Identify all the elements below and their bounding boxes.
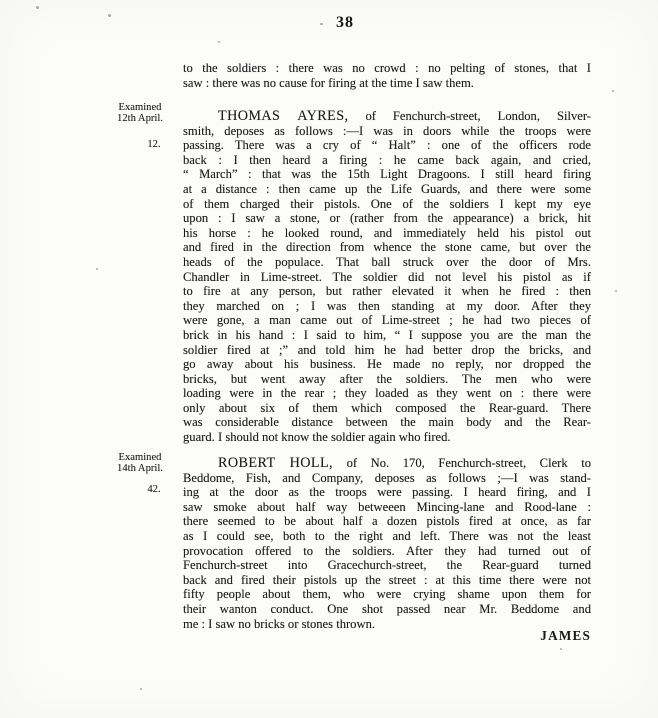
text-line: back and fired their pistols up the stre… bbox=[183, 573, 591, 588]
margin-examined-label: Examined bbox=[108, 452, 172, 463]
margin-number-1: 12. bbox=[133, 139, 175, 150]
text-line: only about six of them which composed th… bbox=[183, 401, 591, 416]
text-line: “ March” : that was the 15th Light Drago… bbox=[183, 167, 591, 182]
text-line: were gone, a man came out of Lime-street… bbox=[183, 313, 591, 328]
text-line: provocation offered to the soldiers. Aft… bbox=[183, 544, 591, 559]
catchword: JAMES bbox=[183, 628, 591, 644]
scan-speck bbox=[612, 90, 614, 92]
text-line: Beddome, Fish, and Company, deposes as f… bbox=[183, 471, 591, 486]
page-number: 38 bbox=[300, 14, 390, 32]
scan-speck bbox=[108, 14, 111, 17]
text-line: and fired in the direction from whence t… bbox=[183, 240, 591, 255]
text-line: was considerable distance between the ma… bbox=[183, 415, 591, 430]
text-line: go away about his business. He made no r… bbox=[183, 357, 591, 372]
text-line: as I could see, both to the right and le… bbox=[183, 529, 591, 544]
text-line: fifty people about them, who were crying… bbox=[183, 587, 591, 602]
scan-speck bbox=[218, 41, 220, 43]
text-line: of them charged their pistols. One of th… bbox=[183, 197, 591, 212]
text-line: to the soldiers : there was no crowd : n… bbox=[183, 61, 591, 76]
text-line: ROBERT HOLL, of No. 170, Fenchurch-stree… bbox=[183, 456, 591, 471]
margin-examined-date: 14th April. bbox=[108, 463, 172, 474]
deponent-name: THOMAS AYRES, bbox=[218, 109, 348, 124]
margin-examined-date: 12th April. bbox=[108, 113, 172, 124]
scan-speck bbox=[320, 23, 323, 25]
scan-speck bbox=[560, 648, 562, 650]
margin-number-2: 42. bbox=[133, 484, 175, 495]
text-line: passing. There was a cry of “ Halt” : on… bbox=[183, 138, 591, 153]
text-line: Fenchurch-street into Gracechurch-street… bbox=[183, 558, 591, 573]
margin-examined-label: Examined bbox=[108, 102, 172, 113]
scan-speck bbox=[615, 290, 617, 292]
margin-note-examined-2: Examined 14th April. bbox=[108, 452, 172, 475]
text-fragment: of No. 170, Fenchurch-street, Clerk to bbox=[347, 456, 591, 470]
text-line: smith, deposes as follows :—I was in doo… bbox=[183, 124, 591, 139]
deponent-name: ROBERT HOLL, bbox=[218, 456, 333, 471]
text-line: upon : I saw a stone, or (rather from th… bbox=[183, 211, 591, 226]
text-line: saw smoke about half way betweeen Mincin… bbox=[183, 500, 591, 515]
text-fragment: of Fenchurch-street, London, Silver- bbox=[365, 109, 591, 123]
text-line: they marched on ; I was then standing at… bbox=[183, 299, 591, 314]
deposition-robert-holl: ROBERT HOLL, of No. 170, Fenchurch-stree… bbox=[183, 456, 591, 631]
text-line: his horse : he looked round, and immedia… bbox=[183, 226, 591, 241]
text-line: there seemed to be about half a dozen pi… bbox=[183, 514, 591, 529]
intro-paragraph: to the soldiers : there was no crowd : n… bbox=[183, 61, 591, 91]
text-line: Chandler in Lime-street. The soldier did… bbox=[183, 270, 591, 285]
text-line: their wanton conduct. One shot passed ne… bbox=[183, 602, 591, 617]
text-line: guard. I should not know the soldier aga… bbox=[183, 430, 591, 445]
text-line: saw : there was no cause for firing at t… bbox=[183, 76, 591, 91]
text-line: heads of the populace. That ball struck … bbox=[183, 255, 591, 270]
text-line: at a distance : then came up the Life Gu… bbox=[183, 182, 591, 197]
text-line: back : I then heard a firing : he came b… bbox=[183, 153, 591, 168]
scan-speck bbox=[36, 6, 39, 9]
scan-speck bbox=[96, 268, 98, 270]
text-line: brick in his hand : I said to him, “ I s… bbox=[183, 328, 591, 343]
text-line: to fire at any person, but rather elevat… bbox=[183, 284, 591, 299]
scanned-page: 38 to the soldiers : there was no crowd … bbox=[0, 0, 658, 718]
text-line: soldier fired at ;” and told him he had … bbox=[183, 343, 591, 358]
scan-speck bbox=[140, 688, 142, 690]
text-line: ing at the door as the troops were passi… bbox=[183, 485, 591, 500]
text-line: loading were in the rear ; they loaded a… bbox=[183, 386, 591, 401]
deposition-thomas-ayres: THOMAS AYRES, of Fenchurch-street, Londo… bbox=[183, 109, 591, 445]
margin-note-examined-1: Examined 12th April. bbox=[108, 102, 172, 125]
text-line: THOMAS AYRES, of Fenchurch-street, Londo… bbox=[183, 109, 591, 124]
text-line: bricks, but went away after the soldiers… bbox=[183, 372, 591, 387]
